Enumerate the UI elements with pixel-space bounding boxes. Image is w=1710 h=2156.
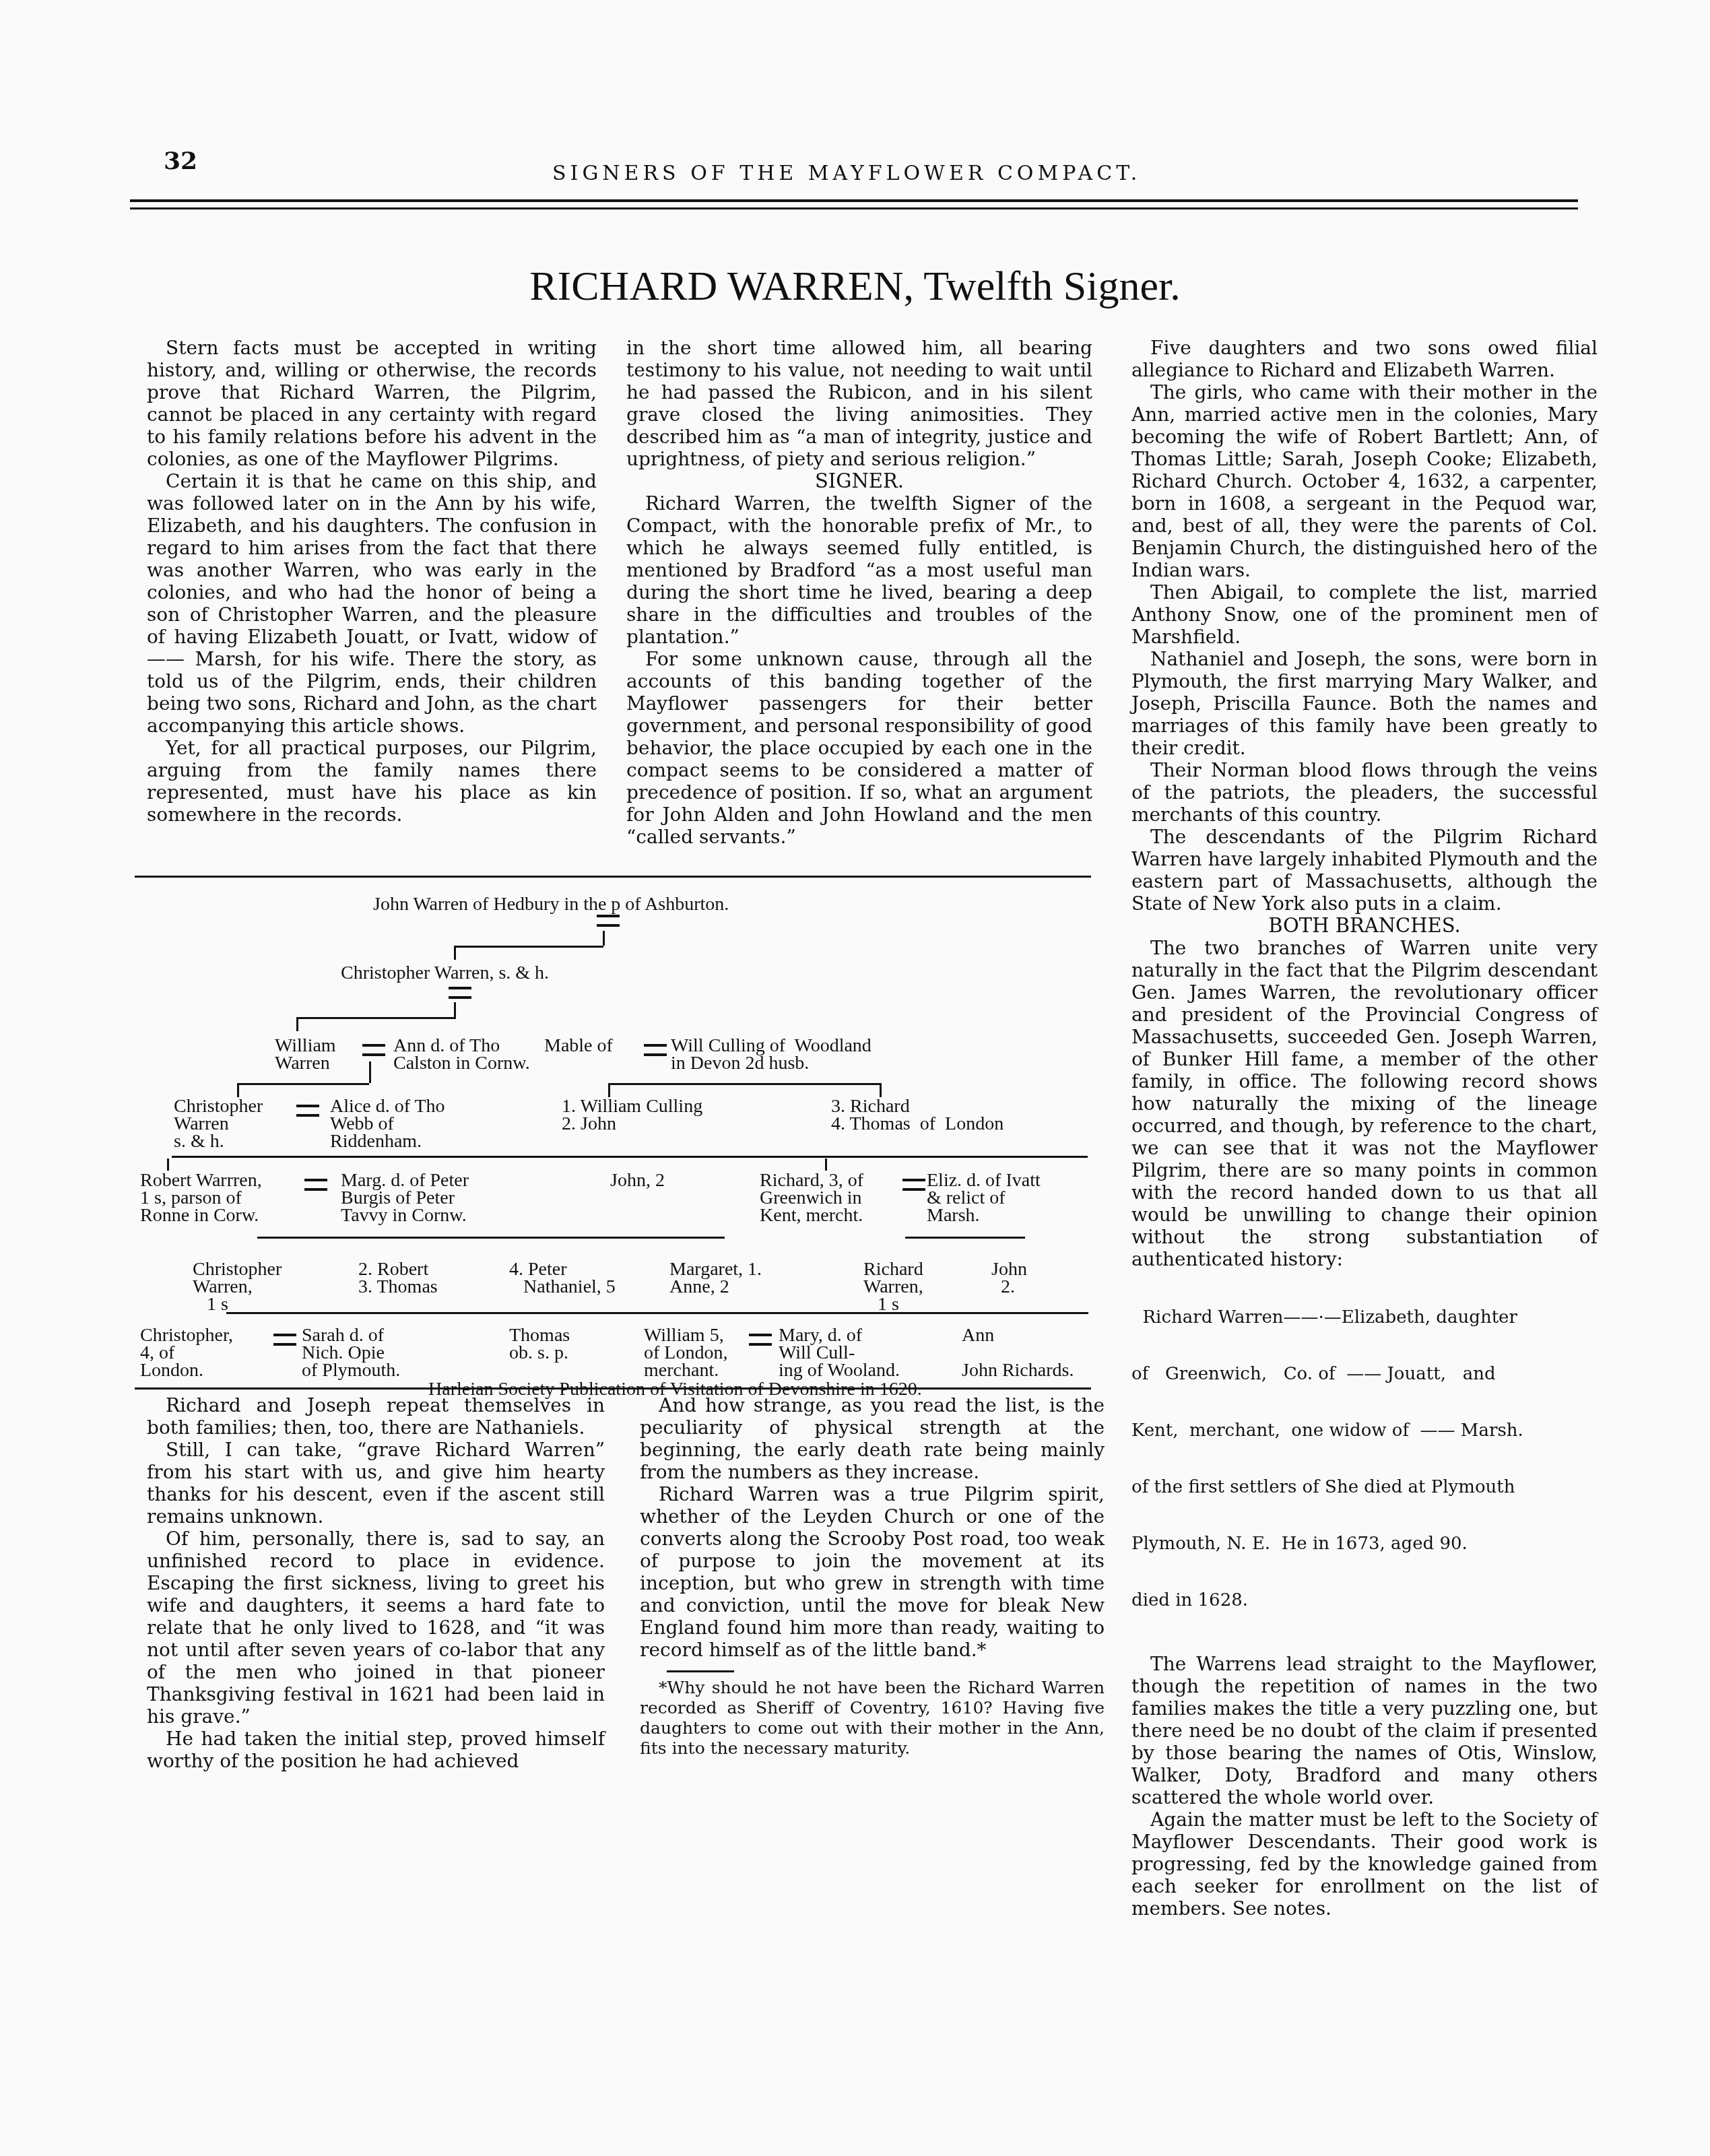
record-line: Richard Warren——·—Elizabeth, daughter <box>1131 1308 1598 1327</box>
chart-william-warren: William Warren <box>275 1037 336 1072</box>
chart-william-5: William 5, of London, merchant. <box>644 1327 727 1379</box>
marriage-sign <box>749 1334 772 1346</box>
chart-gen2: Christopher Warren, s. & h. <box>341 965 549 982</box>
chart-eliz: Eliz. d. of Ivatt & relict of Marsh. <box>927 1172 1041 1224</box>
chart-john-2: John, 2 <box>610 1172 665 1189</box>
marriage-sign <box>273 1334 296 1346</box>
marriage-sign <box>449 987 471 999</box>
paragraph: Then Abigail, to complete the list, marr… <box>1131 581 1598 648</box>
footnote-separator <box>667 1670 734 1672</box>
chart-christopher-warren: Christopher Warren s. & h. <box>174 1098 263 1150</box>
paragraph: Five daughters and two sons owed filial … <box>1131 337 1598 381</box>
column-2-bottom: And how strange, as you read the list, i… <box>640 1394 1105 1759</box>
marriage-sign <box>644 1044 667 1056</box>
paragraph: Yet, for all practical purposes, our Pil… <box>147 737 597 826</box>
paragraph: Still, I can take, “grave Richard Warren… <box>147 1439 605 1528</box>
paragraph: Richard Warren was a true Pilgrim spirit… <box>640 1483 1105 1661</box>
paragraph: He had taken the initial step, proved hi… <box>147 1728 605 1772</box>
paragraph: Richard Warren, the twelfth Signer of th… <box>626 492 1092 648</box>
paragraph: For some unknown cause, through all the … <box>626 648 1092 848</box>
marriage-sign <box>304 1179 327 1191</box>
chart-bottom-rule <box>135 1387 1091 1390</box>
header-rule-top <box>130 199 1578 202</box>
column-2-top: in the short time allowed him, all beari… <box>626 337 1092 848</box>
chart-mary: Mary, d. of Will Cull- ing of Wooland. <box>779 1327 900 1379</box>
chart-margaret-anne: Margaret, 1. Anne, 2 <box>669 1261 762 1296</box>
paragraph: Again the matter must be left to the Soc… <box>1131 1808 1598 1920</box>
chart-culling-sons-2: 3. Richard 4. Thomas of London <box>831 1098 1004 1133</box>
paragraph: Richard and Joseph repeat themselves in … <box>147 1394 605 1439</box>
article-title: RICHARD WARREN, Twelfth Signer. <box>0 263 1710 311</box>
paragraph: The girls, who came with their mother in… <box>1131 381 1598 581</box>
record-line: died in 1628. <box>1131 1591 1598 1610</box>
chart-john-2b: John 2. <box>991 1261 1027 1296</box>
column-1-top: Stern facts must be accepted in writing … <box>147 337 597 826</box>
chart-christopher-4: Christopher, 4, of London. <box>140 1327 233 1379</box>
chart-culling-sons: 1. William Culling 2. John <box>562 1098 702 1133</box>
chart-richard-3: Richard, 3, of Greenwich in Kent, mercht… <box>760 1172 863 1224</box>
paragraph: And how strange, as you read the list, i… <box>640 1394 1105 1483</box>
chart-robert-thomas: 2. Robert 3. Thomas <box>358 1261 438 1296</box>
chart-will-culling: Will Culling of Woodland in Devon 2d hus… <box>671 1037 872 1072</box>
chart-thomas-osp: Thomas ob. s. p. <box>509 1327 570 1362</box>
chart-ann-john-richards: Ann John Richards. <box>962 1327 1074 1379</box>
record-line: of Greenwich, Co. of —— Jouatt, and <box>1131 1365 1598 1383</box>
chart-robert-warren: Robert Warrren, 1 s, parson of Ronne in … <box>140 1172 262 1224</box>
chart-marg: Marg. d. of Peter Burgis of Peter Tavvy … <box>341 1172 469 1224</box>
footnote: *Why should he not have been the Richard… <box>640 1678 1105 1759</box>
paragraph: Nathaniel and Joseph, the sons, were bor… <box>1131 648 1598 759</box>
section-heading-both-branches: BOTH BRANCHES. <box>1131 915 1598 937</box>
paragraph: Certain it is that he came on this ship,… <box>147 470 597 737</box>
marriage-sign <box>362 1044 385 1056</box>
chart-sarah: Sarah d. of Nich. Opie of Plymouth. <box>302 1327 400 1379</box>
genealogy-chart: John Warren of Hedbury in the p of Ashbu… <box>135 889 1091 1387</box>
chart-christopher-1s: Christopher Warren, 1 s <box>193 1261 282 1313</box>
chart-peter-nathaniel: 4. Peter Nathaniel, 5 <box>509 1261 616 1296</box>
chart-richard-warren-1s: Richard Warren, 1 s <box>863 1261 923 1313</box>
marriage-record: Richard Warren——·—Elizabeth, daughter of… <box>1131 1270 1598 1647</box>
chart-ann: Ann d. of Tho Calston in Cornw. <box>393 1037 530 1072</box>
marriage-sign <box>296 1105 319 1117</box>
column-3: Five daughters and two sons owed filial … <box>1131 337 1598 1920</box>
marriage-sign <box>902 1179 925 1191</box>
section-heading-signer: SIGNER. <box>626 470 1092 492</box>
chart-top-rule <box>135 876 1091 878</box>
paragraph: The Warrens lead straight to the Mayflow… <box>1131 1653 1598 1808</box>
paragraph: The two branches of Warren unite very na… <box>1131 937 1598 1270</box>
record-line: Plymouth, N. E. He in 1673, aged 90. <box>1131 1534 1598 1553</box>
paragraph: The descendants of the Pilgrim Richard W… <box>1131 826 1598 915</box>
chart-mable: Mable of <box>544 1037 613 1055</box>
record-line: Kent, merchant, one widow of —— Marsh. <box>1131 1421 1598 1440</box>
paragraph: Stern facts must be accepted in writing … <box>147 337 597 470</box>
marriage-sign <box>597 915 620 927</box>
column-1-bottom: Richard and Joseph repeat themselves in … <box>147 1394 605 1772</box>
paragraph: Of him, personally, there is, sad to say… <box>147 1528 605 1728</box>
record-line: of the first settlers of She died at Ply… <box>1131 1478 1598 1497</box>
page-number: 32 <box>164 147 197 175</box>
paragraph: Their Norman blood flows through the vei… <box>1131 759 1598 826</box>
running-head: SIGNERS OF THE MAYFLOWER COMPACT. <box>552 162 1141 185</box>
paragraph: in the short time allowed him, all beari… <box>626 337 1092 470</box>
header-rule-bottom <box>130 207 1578 209</box>
chart-root: John Warren of Hedbury in the p of Ashbu… <box>373 896 729 913</box>
chart-alice: Alice d. of Tho Webb of Riddenham. <box>330 1098 445 1150</box>
